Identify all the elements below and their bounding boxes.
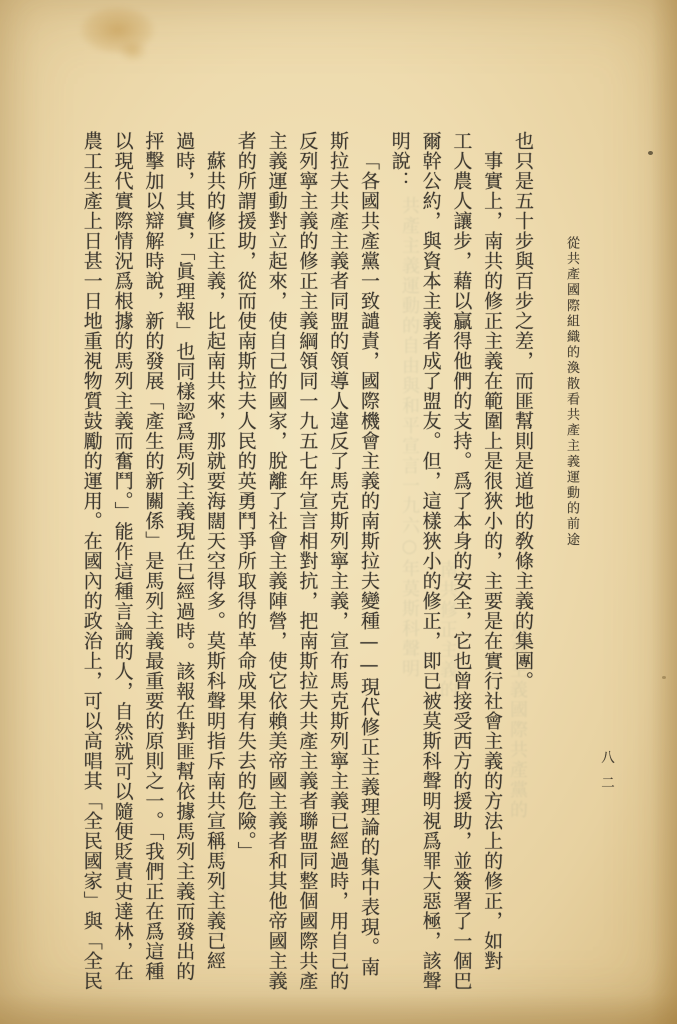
text-column: 反列寧主義的修正主義綱領同一九五七年宣言相對抗，把南斯拉夫共產主義者聯盟同整個國…: [292, 131, 323, 993]
text-column: 明說：: [384, 131, 415, 993]
text-column: 事實上，南共的修正主義在範圍上是很狹小的，主要是在實行社會主義的方法上的修正，如…: [476, 131, 507, 993]
text-column: 以現代實際情況爲根據的馬列主義而奮鬥。」能作這種言論的人，自然就可以隨便貶責史達…: [107, 131, 138, 993]
text-column: 抨擊加以辯解時說，新的發展「產生的新關係」是馬列主義最重要的原則之一。「我們正在…: [138, 131, 169, 993]
text-column: 農工生產上日甚一日地重視物質鼓勵的運用。在國內的政治上，可以高唱其「全民國家」與…: [76, 131, 107, 993]
page-edge-shading: [0, 994, 677, 1024]
text-column: 也只是五十步與百步之差，而匪幫則是道地的敎條主義的集團。: [507, 131, 538, 993]
text-column: 者的所謂援助，從而使南斯拉夫人民的英勇鬥爭所取得的革命成果有失去的危險。」: [230, 131, 261, 993]
paper-stain: [118, 40, 148, 62]
book-page: 共產主義運動的自由與和平宣言一九六○年莫斯科聲明 馬列主義國際共產黨的 的自由民…: [0, 0, 677, 1024]
running-header-title: 從共產國際組織的渙散看共產主義運動的前途: [562, 236, 581, 586]
page-number: 八二: [596, 750, 616, 820]
text-column: 「各國共產黨一致譴責，國際機會主義的南斯拉夫變種——現代修正主義理論的集中表現。…: [353, 131, 384, 993]
text-column: 工人農人讓步，藉以贏得他們的支持。爲了本身的安全，它也曾接受西方的援助，並簽署了…: [446, 131, 477, 993]
text-column: 過時，其實，「眞理報」也同樣認爲馬列主義現在已經過時。該報在對匪幫依據馬列主義而…: [168, 131, 199, 993]
page-edge-shading: [651, 0, 677, 1024]
text-column: 爾幹公約，與資本主義者成了盟友。但，這樣狹小的修正，即已被莫斯科聲明視爲罪大惡極…: [415, 131, 446, 993]
text-column: 主義運動對立起來，使自己的國家，脫離了社會主義陣營，使它依賴美帝國主義者和其他帝…: [261, 131, 292, 993]
text-column: 蘇共的修正主義，比起南共來，那就要海闊天空得多。莫斯科聲明指斥南共宣稱馬列主義已…: [199, 131, 230, 993]
text-columns: 也只是五十步與百步之差，而匪幫則是道地的敎條主義的集團。事實上，南共的修正主義在…: [76, 131, 538, 993]
text-column: 斯拉夫共產主義者同盟的領導人違反了馬克斯列寧主義，宣布馬克斯列寧主義已經過時，用…: [322, 131, 353, 993]
